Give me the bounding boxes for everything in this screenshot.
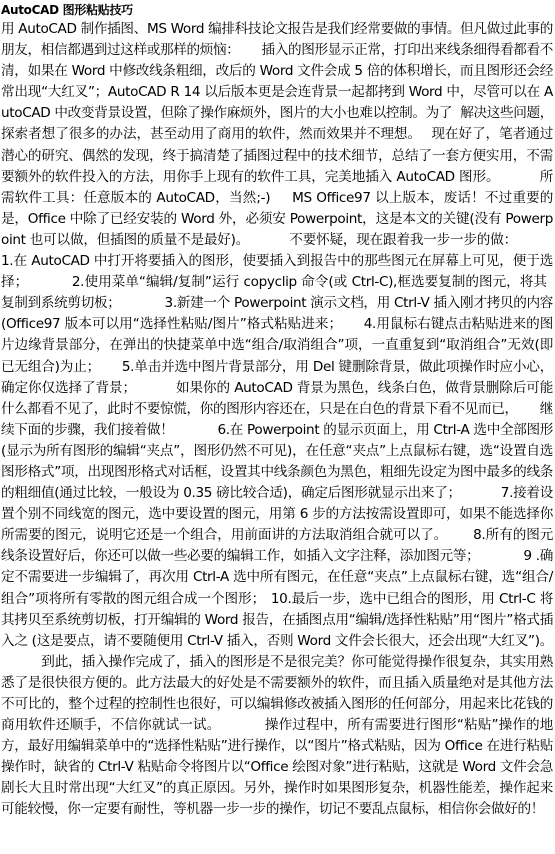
step-2-text: 2.使用菜单“编辑/复制”运行 copyclip 命令(或 Ctrl-C),框选… — [72, 274, 547, 290]
step-intro-text: 不要怀疑，现在跟着我一步一步的做： — [289, 232, 517, 248]
document: AutoCAD 图形粘贴技巧 用 AutoCAD 制作插图、MS Word 编排… — [0, 0, 555, 821]
document-body: 用 AutoCAD 制作插图、MS Word 编排科技论文报告是我们经常要做的事… — [1, 19, 553, 821]
step-2-continued-text: 复制到系统剪切板； — [1, 295, 121, 311]
document-title: AutoCAD 图形粘贴技巧 — [1, 2, 553, 19]
